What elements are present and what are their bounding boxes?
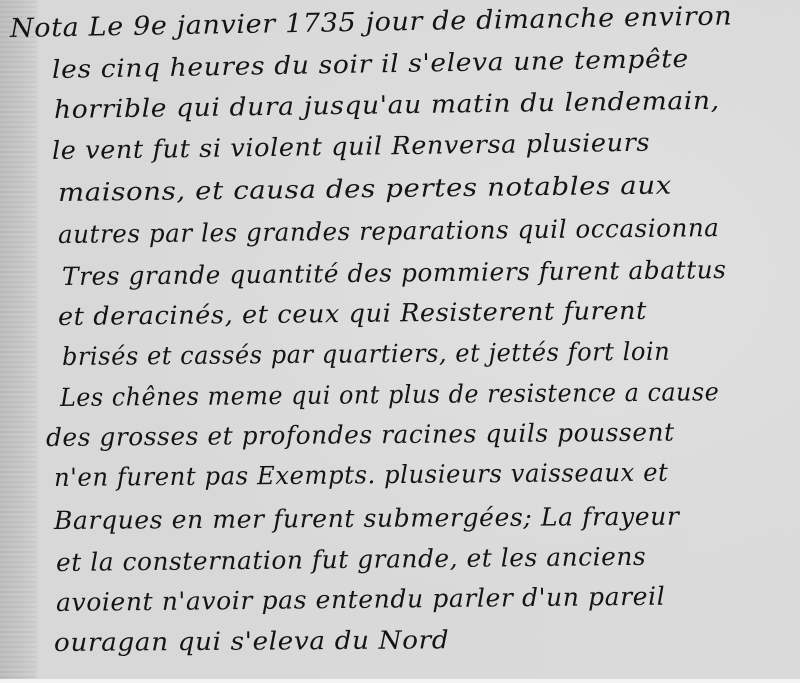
page-bottom-edge [0,679,800,683]
manuscript-page: Nota Le 9e janvier 1735 jour de dimanche… [0,0,800,683]
text-line-1: Nota Le 9e janvier 1735 jour de dimanche… [10,1,733,44]
text-line-2: les cinq heures du soir il s'eleva une t… [52,44,689,84]
text-line-13: Barques en mer furent submergées; La fra… [54,502,680,535]
text-line-4: le vent fut si violent quil Renversa plu… [52,128,651,165]
text-line-3: horrible qui dura jusqu'au matin du lend… [54,86,720,124]
text-line-11: des grosses et profondes racines quils p… [46,418,675,452]
text-line-5: maisons, et causa des pertes notables au… [58,171,672,207]
page-margin [0,0,36,683]
text-line-12: n'en furent pas Exempts. plusieurs vaiss… [54,458,669,492]
text-line-7: Tres grande quantité des pommiers furent… [62,255,727,291]
text-line-9: brisés et cassés par quartiers, et jetté… [62,337,670,371]
text-line-16: ouragan qui s'eleva du Nord [54,625,449,657]
text-line-8: et deracinés, et ceux qui Resisterent fu… [58,296,647,331]
text-line-6: autres par les grandes reparations quil … [58,213,720,249]
text-line-15: avoient n'avoir pas entendu parler d'un … [56,582,666,617]
text-line-10: Les chênes meme qui ont plus de resisten… [60,377,720,412]
text-line-14: et la consternation fut grande, et les a… [56,542,647,577]
